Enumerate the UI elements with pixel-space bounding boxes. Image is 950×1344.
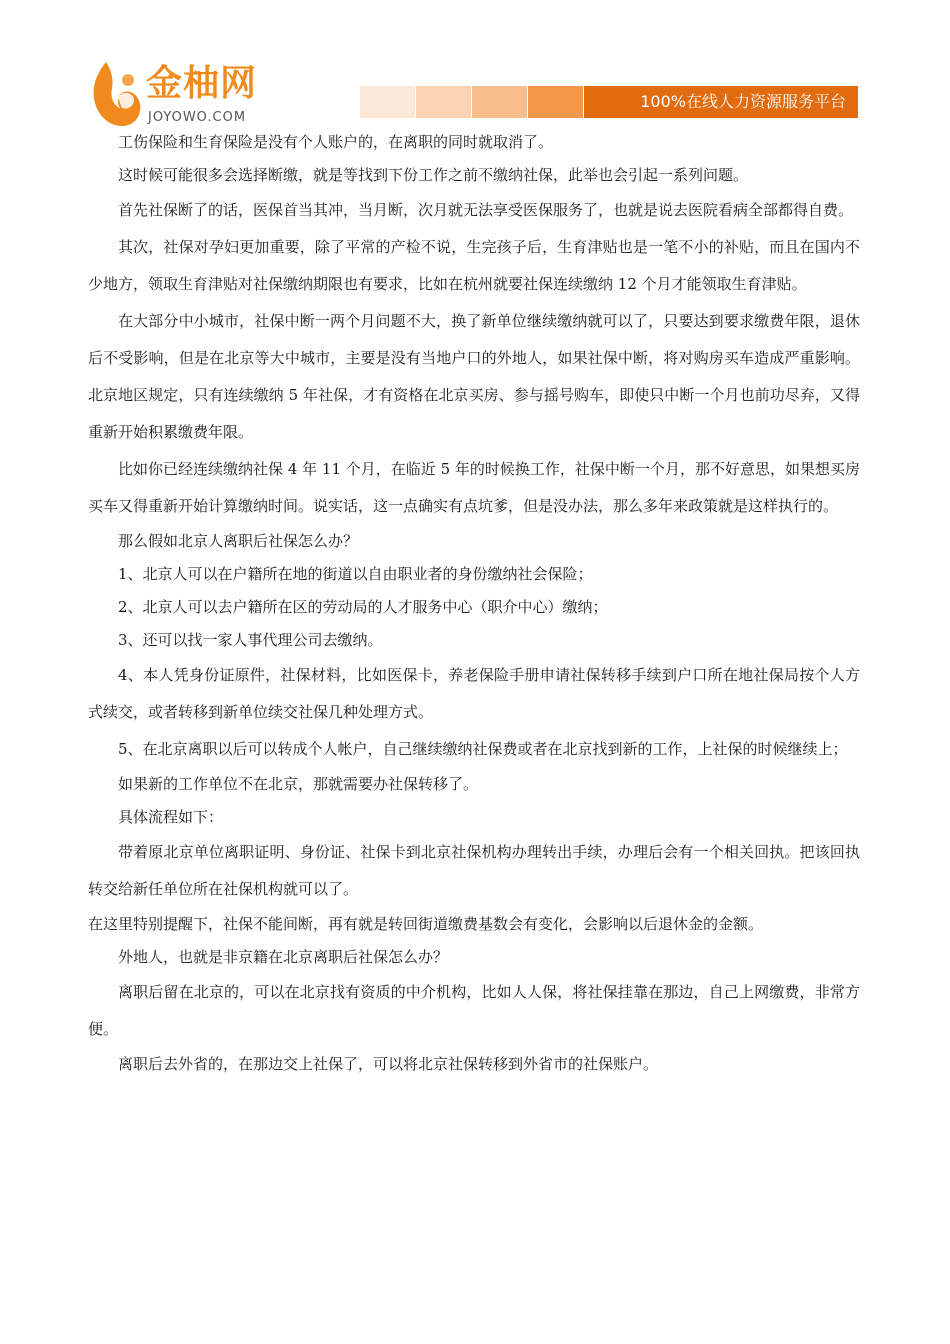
paragraph: 首先社保断了的话，医保首当其冲，当月断，次月就无法享受医保服务了，也就是说去医院… (88, 192, 860, 229)
paragraph: 在这里特别提醒下，社保不能间断，再有就是转回街道缴费基数会有变化，会影响以后退休… (88, 908, 860, 941)
header-banner: 100%在线人力资源服务平台 (360, 86, 858, 118)
logo-mark-icon (88, 58, 144, 130)
banner-segment-4 (528, 86, 583, 118)
paragraph: 外地人，也就是非京籍在北京离职后社保怎么办？ (88, 941, 860, 974)
banner-tagline: 100%在线人力资源服务平台 (584, 86, 858, 118)
banner-segment-1 (360, 86, 415, 118)
paragraph: 这时候可能很多会选择断缴，就是等找到下份工作之前不缴纳社保，此举也会引起一系列问… (88, 159, 860, 192)
paragraph: 在大部分中小城市，社保中断一两个月问题不大，换了新单位继续缴纳就可以了，只要达到… (88, 303, 860, 451)
paragraph: 工伤保险和生育保险是没有个人账户的，在离职的同时就取消了。 (88, 126, 860, 159)
list-item: 5、在北京离职以后可以转成个人帐户，自己继续缴纳社保费或者在北京找到新的工作，上… (88, 731, 860, 768)
banner-segment-2 (416, 86, 471, 118)
list-item: 1、北京人可以在户籍所在地的街道以自由职业者的身份缴纳社会保险； (88, 558, 860, 591)
page-header: 金柚网 JOYOWO.COM 100%在线人力资源服务平台 (0, 0, 950, 130)
logo-chinese-name: 金柚网 (146, 62, 257, 106)
logo-english-name: JOYOWO.COM (148, 110, 246, 125)
list-item: 2、北京人可以去户籍所在区的劳动局的人才服务中心（职介中心）缴纳； (88, 591, 860, 624)
paragraph: 带着原北京单位离职证明、身份证、社保卡到北京社保机构办理转出手续，办理后会有一个… (88, 834, 860, 908)
article-body: 工伤保险和生育保险是没有个人账户的，在离职的同时就取消了。 这时候可能很多会选择… (88, 126, 860, 1081)
list-item: 4、本人凭身份证原件，社保材料，比如医保卡，养老保险手册申请社保转移手续到户口所… (88, 657, 860, 731)
paragraph: 离职后去外省的，在那边交上社保了，可以将北京社保转移到外省市的社保账户。 (88, 1048, 860, 1081)
list-item: 3、还可以找一家人事代理公司去缴纳。 (88, 624, 860, 657)
paragraph: 比如你已经连续缴纳社保 4 年 11 个月，在临近 5 年的时候换工作，社保中断… (88, 451, 860, 525)
joyowo-logo: 金柚网 JOYOWO.COM (88, 58, 258, 133)
paragraph: 离职后留在北京的，可以在北京找有资质的中介机构，比如人人保，将社保挂靠在那边，自… (88, 974, 860, 1048)
paragraph: 其次，社保对孕妇更加重要，除了平常的产检不说，生完孩子后，生育津贴也是一笔不小的… (88, 229, 860, 303)
banner-segment-3 (472, 86, 527, 118)
paragraph: 那么假如北京人离职后社保怎么办？ (88, 525, 860, 558)
paragraph: 具体流程如下： (88, 801, 860, 834)
paragraph: 如果新的工作单位不在北京，那就需要办社保转移了。 (88, 768, 860, 801)
